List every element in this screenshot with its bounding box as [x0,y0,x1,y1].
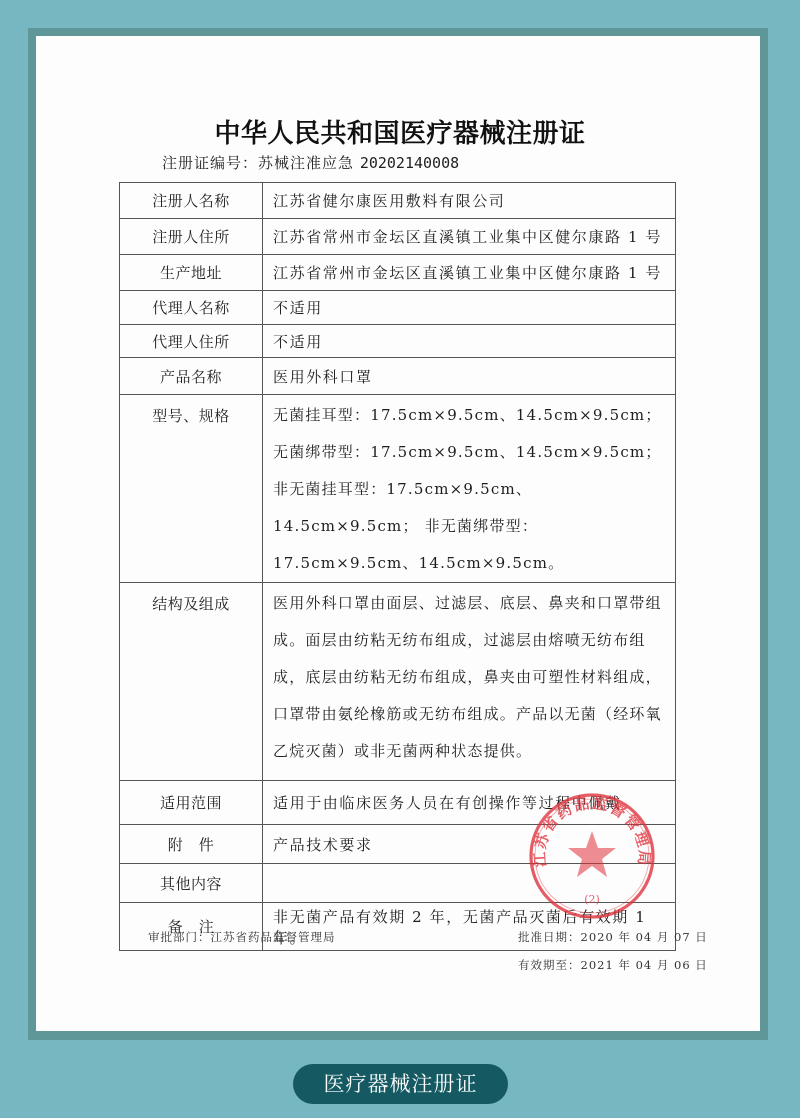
field-value: 不适用 [263,291,676,325]
valid-until: 有效期至：2021 年 04 月 06 日 [518,957,708,973]
field-value: 医用外科口罩由面层、过滤层、底层、鼻夹和口罩带组成。面层由纺粘无纺布组成，过滤层… [263,583,676,781]
table-row: 注册人住所 江苏省常州市金坛区直溪镇工业集中区健尔康路 1 号 [120,219,676,255]
field-value: 医用外科口罩 [263,358,676,395]
field-value: 江苏省常州市金坛区直溪镇工业集中区健尔康路 1 号 [263,255,676,291]
field-label: 注册人住所 [120,219,263,255]
table-row: 型号、规格 无菌挂耳型：17.5cm×9.5cm、14.5cm×9.5cm； 无… [120,395,676,583]
field-label: 代理人住所 [120,325,263,358]
field-value: 不适用 [263,325,676,358]
field-value: 产品技术要求 [263,825,676,864]
registration-number-value: 20202140008 [360,154,459,172]
field-label: 附 件 [120,825,263,864]
field-value: 江苏省健尔康医用敷料有限公司 [263,183,676,219]
approval-department: 审批部门：江苏省药品监督管理局 [148,929,336,945]
field-value [263,864,676,903]
table-row: 代理人名称 不适用 [120,291,676,325]
field-label: 生产地址 [120,255,263,291]
field-label: 其他内容 [120,864,263,903]
field-label: 适用范围 [120,781,263,825]
field-label: 结构及组成 [120,583,263,781]
table-row: 代理人住所 不适用 [120,325,676,358]
certificate-table: 注册人名称 江苏省健尔康医用敷料有限公司 注册人住所 江苏省常州市金坛区直溪镇工… [119,182,676,951]
table-row: 结构及组成 医用外科口罩由面层、过滤层、底层、鼻夹和口罩带组成。面层由纺粘无纺布… [120,583,676,781]
certificate-title: 中华人民共和国医疗器械注册证 [0,113,800,150]
table-row: 产品名称 医用外科口罩 [120,358,676,395]
table-row: 生产地址 江苏省常州市金坛区直溪镇工业集中区健尔康路 1 号 [120,255,676,291]
field-value: 江苏省常州市金坛区直溪镇工业集中区健尔康路 1 号 [263,219,676,255]
table-row: 附 件 产品技术要求 [120,825,676,864]
field-value: 无菌挂耳型：17.5cm×9.5cm、14.5cm×9.5cm； 无菌绑带型：1… [263,395,676,583]
registration-number-prefix: 苏械注准应急 [258,154,354,172]
field-label: 产品名称 [120,358,263,395]
approval-date: 批准日期：2020 年 04 月 07 日 [518,929,708,945]
table-row: 其他内容 [120,864,676,903]
table-row: 适用范围 适用于由临床医务人员在有创操作等过程中佩戴 [120,781,676,825]
caption-banner: 医疗器械注册证 [293,1064,508,1104]
field-value: 适用于由临床医务人员在有创操作等过程中佩戴 [263,781,676,825]
table-row: 注册人名称 江苏省健尔康医用敷料有限公司 [120,183,676,219]
registration-number-label: 注册证编号： [162,154,258,172]
field-label: 代理人名称 [120,291,263,325]
registration-number: 注册证编号：苏械注准应急 20202140008 [162,152,459,173]
field-label: 注册人名称 [120,183,263,219]
field-label: 型号、规格 [120,395,263,583]
